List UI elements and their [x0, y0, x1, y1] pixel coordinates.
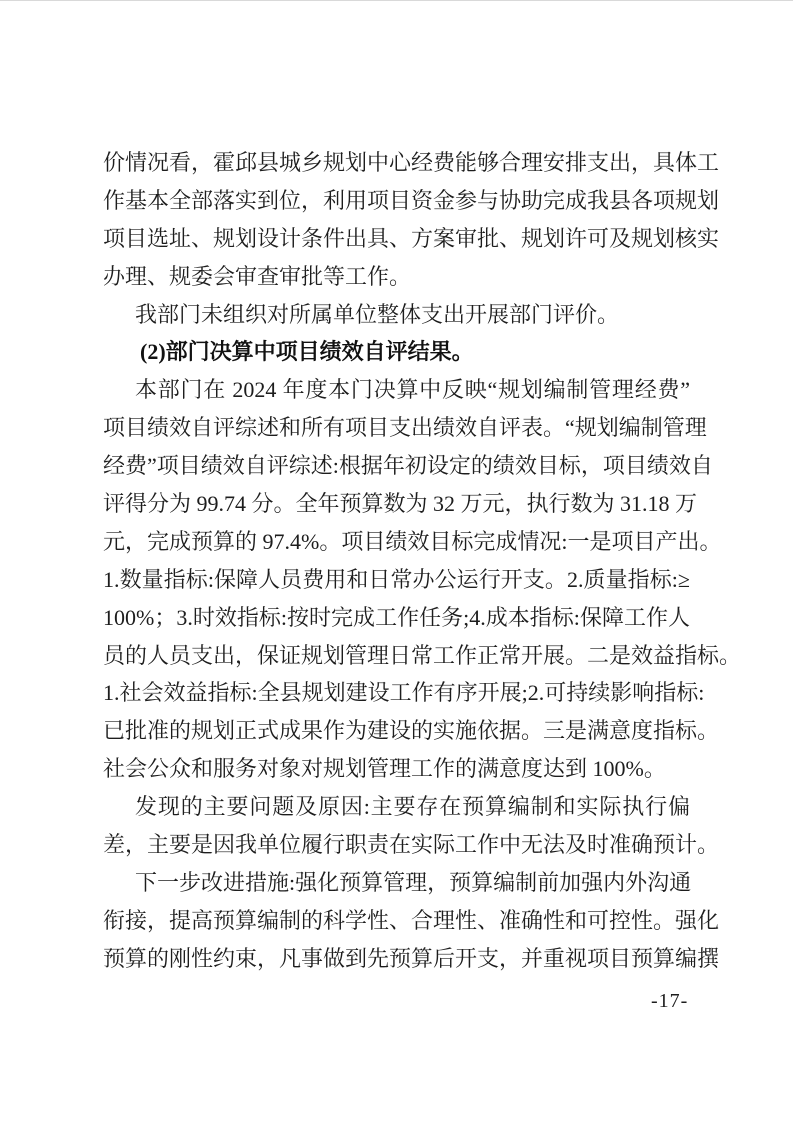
- doc-line: 作基本全部落实到位，利用项目资金参与协助完成我县各项规划: [103, 182, 690, 220]
- document-page: 价情况看，霍邱县城乡规划中心经费能够合理安排支出，具体工 作基本全部落实到位，利…: [0, 0, 793, 1122]
- doc-line: 预算的刚性约束，凡事做到先预算后开支，并重视项目预算编撰: [103, 940, 690, 978]
- doc-line: 本部门在 2024 年度本门决算中反映“规划编制管理经费”: [103, 371, 690, 409]
- body-text: 价情况看，霍邱县城乡规划中心经费能够合理安排支出，具体工 作基本全部落实到位，利…: [103, 144, 690, 978]
- doc-line: 我部门未组织对所属单位整体支出开展部门评价。: [103, 296, 690, 334]
- doc-line: 下一步改进措施:强化预算管理，预算编制前加强内外沟通: [103, 864, 690, 902]
- doc-line: 办理、规委会审查审批等工作。: [103, 258, 690, 296]
- doc-line: 100%；3.时效指标:按时完成工作任务;4.成本指标:保障工作人: [103, 599, 690, 637]
- doc-line: 价情况看，霍邱县城乡规划中心经费能够合理安排支出，具体工: [103, 144, 690, 182]
- doc-line: 发现的主要问题及原因:主要存在预算编制和实际执行偏: [103, 788, 690, 826]
- doc-line: 1.社会效益指标:全县规划建设工作有序开展;2.可持续影响指标:: [103, 674, 690, 712]
- doc-line: 差，主要是因我单位履行职责在实际工作中无法及时准确预计。: [103, 826, 690, 864]
- doc-line: 经费”项目绩效自评综述:根据年初设定的绩效目标，项目绩效自: [103, 447, 690, 485]
- doc-line: 项目选址、规划设计条件出具、方案审批、规划许可及规划核实: [103, 220, 690, 258]
- doc-line: 1.数量指标:保障人员费用和日常办公运行开支。2.质量指标:≥: [103, 561, 690, 599]
- page-number: -17-: [651, 989, 688, 1013]
- doc-line: 衔接，提高预算编制的科学性、合理性、准确性和可控性。强化: [103, 902, 690, 940]
- doc-line: 员的人员支出，保证规划管理日常工作正常开展。二是效益指标。: [103, 637, 690, 675]
- doc-line: 项目绩效自评综述和所有项目支出绩效自评表。“规划编制管理: [103, 409, 690, 447]
- doc-line: 社会公众和服务对象对规划管理工作的满意度达到 100%。: [103, 750, 690, 788]
- doc-line: 评得分为 99.74 分。全年预算数为 32 万元，执行数为 31.18 万: [103, 485, 690, 523]
- doc-line: 元，完成预算的 97.4%。项目绩效目标完成情况:一是项目产出。: [103, 523, 690, 561]
- section-heading: (2)部门决算中项目绩效自评结果。: [103, 333, 690, 371]
- doc-line: 已批准的规划正式成果作为建设的实施依据。三是满意度指标。: [103, 712, 690, 750]
